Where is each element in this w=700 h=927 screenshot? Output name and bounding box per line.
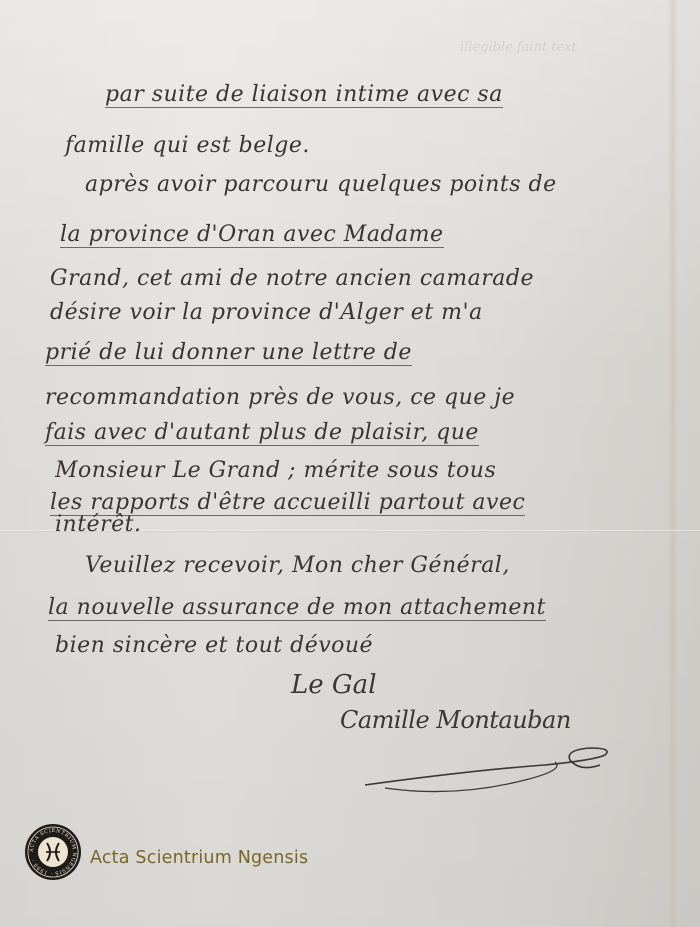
letter-line: désire voir la province d'Alger et m'a [50,300,483,325]
letter-line: Veuillez recevoir, Mon cher Général, [85,553,510,578]
letter-line: bien sincère et tout dévoué [55,633,373,658]
signature-title: Le Gal [291,670,377,700]
acta-scientrium-seal-icon: ACTA SCIENTRIUM NGENSIS · 1990 · [24,823,82,881]
signature-flourish-icon [355,740,625,795]
letter-line: par suite de liaison intime avec sa [105,82,503,108]
letter-line: recommandation près de vous, ce que je [45,385,515,410]
letter-line: la nouvelle assurance de mon attachement [48,595,546,621]
paper-vertical-fold [668,0,678,927]
letter-line: Grand, cet ami de notre ancien camarade [50,266,534,291]
letter-line: intérêt. [55,512,141,537]
letter-line: prié de lui donner une lettre de [45,340,412,366]
letter-line: famille qui est belge. [65,133,310,158]
signature-name: Camille Montauban [340,706,571,734]
letter-line: fais avec d'autant plus de plaisir, que [45,420,479,446]
letter-line: la province d'Oran avec Madame [60,222,444,248]
watermark-label: Acta Scientrium Ngensis [90,848,308,868]
letter-line: après avoir parcouru quelques points de [85,172,557,197]
letter-line: Monsieur Le Grand ; mérite sous tous [55,458,496,483]
signature-block: Le Gal Camille Montauban [285,670,645,795]
bleed-through-text: illegible faint text [460,40,577,55]
